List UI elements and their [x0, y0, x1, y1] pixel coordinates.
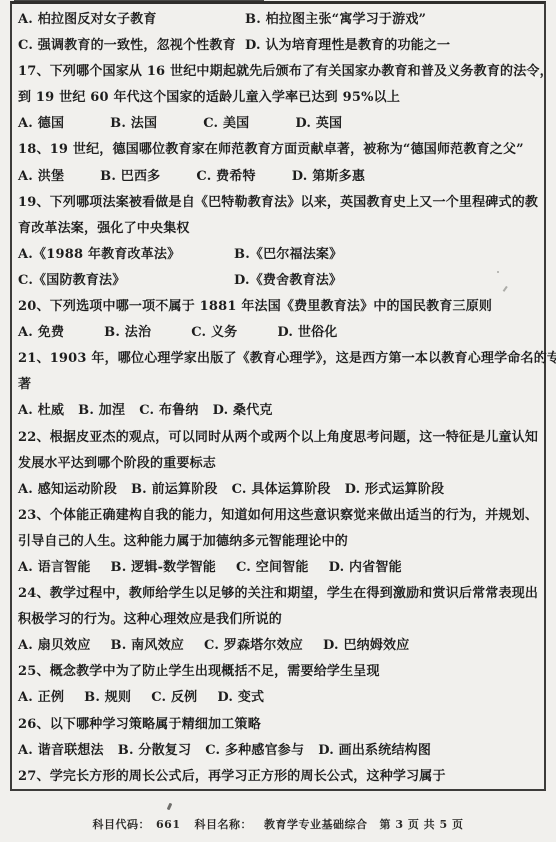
q20-option-a: A. 免费	[18, 320, 64, 346]
q21-option-d: D. 桑代克	[213, 398, 273, 424]
q25-options-row: A. 正例 B. 规则 C. 反例 D. 变式	[18, 685, 539, 711]
q21-option-b: B. 加涅	[78, 398, 125, 424]
q19-option-c: C.《国防教育法》	[18, 268, 234, 294]
q23-option-d: D. 内省智能	[329, 555, 402, 581]
q27-stem-line-1: 27、学完长方形的周长公式后，再学习正方形的周长公式，这种学习属于	[18, 764, 539, 790]
q21-option-a: A. 杜威	[18, 398, 64, 424]
scan-artifact-dash	[167, 803, 173, 811]
q16-option-a: A. 柏拉图反对女子教育	[18, 7, 245, 33]
q24-option-b: B. 南风效应	[111, 633, 184, 659]
q18-option-c: C. 费希特	[196, 164, 255, 190]
subject-code-label: 科目代码：	[93, 818, 151, 831]
q25-option-c: C. 反例	[151, 685, 197, 711]
page-footer: 科目代码：661科目名称：教育学专业基础综合第 3 页 共 5 页	[0, 816, 556, 832]
q22-option-c: C. 具体运算阶段	[232, 477, 331, 503]
q17-option-c: C. 美国	[203, 111, 249, 137]
q17-option-d: D. 英国	[295, 111, 342, 137]
q24-option-d: D. 巴纳姆效应	[323, 633, 409, 659]
q20-option-b: B. 法治	[104, 320, 151, 346]
q25-stem-line-1: 25、概念教学中为了防止学生出现概括不足，需要给学生呈现	[18, 659, 539, 685]
q23-option-b: B. 逻辑-数学智能	[111, 555, 216, 581]
subject-name-label: 科目名称：	[195, 818, 253, 831]
q23-stem-line-2: 引导自己的人生。这种能力属于加德纳多元智能理论中的	[18, 529, 539, 555]
q21-option-c: C. 布鲁纳	[139, 398, 198, 424]
q25-option-d: D. 变式	[217, 685, 264, 711]
q20-options-row: A. 免费 B. 法治 C. 义务 D. 世俗化	[18, 320, 539, 346]
q16-options-row-2: C. 强调教育的一致性，忽视个性教育 D. 认为培育理性是教育的功能之一	[18, 33, 539, 59]
q18-option-b: B. 巴西多	[100, 164, 160, 190]
scan-artifact-speck	[497, 271, 499, 273]
q18-stem-line-1: 18、19 世纪，德国哪位教育家在师范教育方面贡献卓著，被称为“德国师范教育之父…	[18, 137, 539, 163]
page-border-frame: A. 柏拉图反对女子教育 B. 柏拉图主张“寓学习于游戏” C. 强调教育的一致…	[10, 1, 546, 791]
q19-options-row-2: C.《国防教育法》 D.《费舍教育法》	[18, 268, 539, 294]
q17-option-b: B. 法国	[110, 111, 157, 137]
q21-stem-line-2: 著	[18, 372, 539, 398]
q22-option-b: B. 前运算阶段	[131, 477, 218, 503]
q26-stem-line-1: 26、以下哪种学习策略属于精细加工策略	[18, 712, 539, 738]
q16-option-d: D. 认为培育理性是教育的功能之一	[245, 33, 539, 59]
q22-stem-line-2: 发展水平达到哪个阶段的重要标志	[18, 451, 539, 477]
q23-stem-line-1: 23、个体能正确建构自我的能力，知道如何用这些意识察觉来做出适当的行为，并规划、	[18, 503, 539, 529]
q24-option-c: C. 罗森塔尔效应	[204, 633, 303, 659]
q20-stem-line-1: 20、下列选项中哪一项不属于 1881 年法国《费里教育法》中的国民教育三原则	[18, 294, 539, 320]
q24-stem-line-2: 积极学习的行为。这种心理效应是我们所说的	[18, 607, 539, 633]
page-indicator: 第 3 页 共 5 页	[380, 818, 464, 831]
q18-options-row: A. 洪堡 B. 巴西多 C. 费希特 D. 第斯多惠	[18, 164, 539, 190]
q26-option-a: A. 谐音联想法	[18, 738, 104, 764]
subject-name-value: 教育学专业基础综合	[264, 818, 368, 831]
q25-option-b: B. 规则	[84, 685, 131, 711]
q16-option-b: B. 柏拉图主张“寓学习于游戏”	[245, 7, 539, 33]
q17-options-row: A. 德国 B. 法国 C. 美国 D. 英国	[18, 111, 539, 137]
q22-option-a: A. 感知运动阶段	[18, 477, 117, 503]
q20-option-c: C. 义务	[191, 320, 237, 346]
q19-option-d: D.《费舍教育法》	[234, 268, 539, 294]
q19-stem-line-2: 育改革法案，强化了中央集权	[18, 216, 539, 242]
q19-options-row-1: A.《1988 年教育改革法》 B.《巴尔福法案》	[18, 242, 539, 268]
q19-stem-line-1: 19、下列哪项法案被看做是自《巴特勒教育法》以来，英国教育史上又一个里程碑式的教	[18, 190, 539, 216]
q26-option-d: D. 画出系统结构图	[318, 738, 431, 764]
q20-option-d: D. 世俗化	[277, 320, 337, 346]
q16-options-row-1: A. 柏拉图反对女子教育 B. 柏拉图主张“寓学习于游戏”	[18, 7, 539, 33]
q22-option-d: D. 形式运算阶段	[345, 477, 445, 503]
q18-option-a: A. 洪堡	[18, 164, 64, 190]
q16-option-c: C. 强调教育的一致性，忽视个性教育	[18, 33, 245, 59]
q23-option-c: C. 空间智能	[236, 555, 309, 581]
q19-option-b: B.《巴尔福法案》	[234, 242, 539, 268]
q19-option-a: A.《1988 年教育改革法》	[18, 242, 234, 268]
q22-stem-line-1: 22、根据皮亚杰的观点，可以同时从两个或两个以上角度思考问题，这一特征是儿童认知	[18, 425, 539, 451]
subject-code-value: 661	[156, 818, 180, 831]
q23-options-row: A. 语言智能 B. 逻辑-数学智能 C. 空间智能 D. 内省智能	[18, 555, 539, 581]
q17-option-a: A. 德国	[18, 111, 64, 137]
q18-option-d: D. 第斯多惠	[292, 164, 365, 190]
q25-option-a: A. 正例	[18, 685, 64, 711]
q17-stem-line-1: 17、下列哪个国家从 16 世纪中期起就先后颁布了有关国家办教育和普及义务教育的…	[18, 59, 539, 85]
q21-options-row: A. 杜威 B. 加涅 C. 布鲁纳 D. 桑代克	[18, 398, 539, 424]
q24-option-a: A. 扇贝效应	[18, 633, 91, 659]
q26-option-c: C. 多种感官参与	[205, 738, 304, 764]
q22-options-row: A. 感知运动阶段 B. 前运算阶段 C. 具体运算阶段 D. 形式运算阶段	[18, 477, 539, 503]
q23-option-a: A. 语言智能	[18, 555, 91, 581]
q24-options-row: A. 扇贝效应 B. 南风效应 C. 罗森塔尔效应 D. 巴纳姆效应	[18, 633, 539, 659]
q17-stem-line-2: 到 19 世纪 60 年代这个国家的适龄儿童入学率已达到 95%以上	[18, 85, 539, 111]
q26-option-b: B. 分散复习	[118, 738, 191, 764]
q26-options-row: A. 谐音联想法 B. 分散复习 C. 多种感官参与 D. 画出系统结构图	[18, 738, 539, 764]
q21-stem-line-1: 21、1903 年，哪位心理学家出版了《教育心理学》，这是西方第一本以教育心理学…	[18, 346, 539, 372]
q24-stem-line-1: 24、教学过程中，教师给学生以足够的关注和期望，学生在得到激励和赏识后常常表现出	[18, 581, 539, 607]
